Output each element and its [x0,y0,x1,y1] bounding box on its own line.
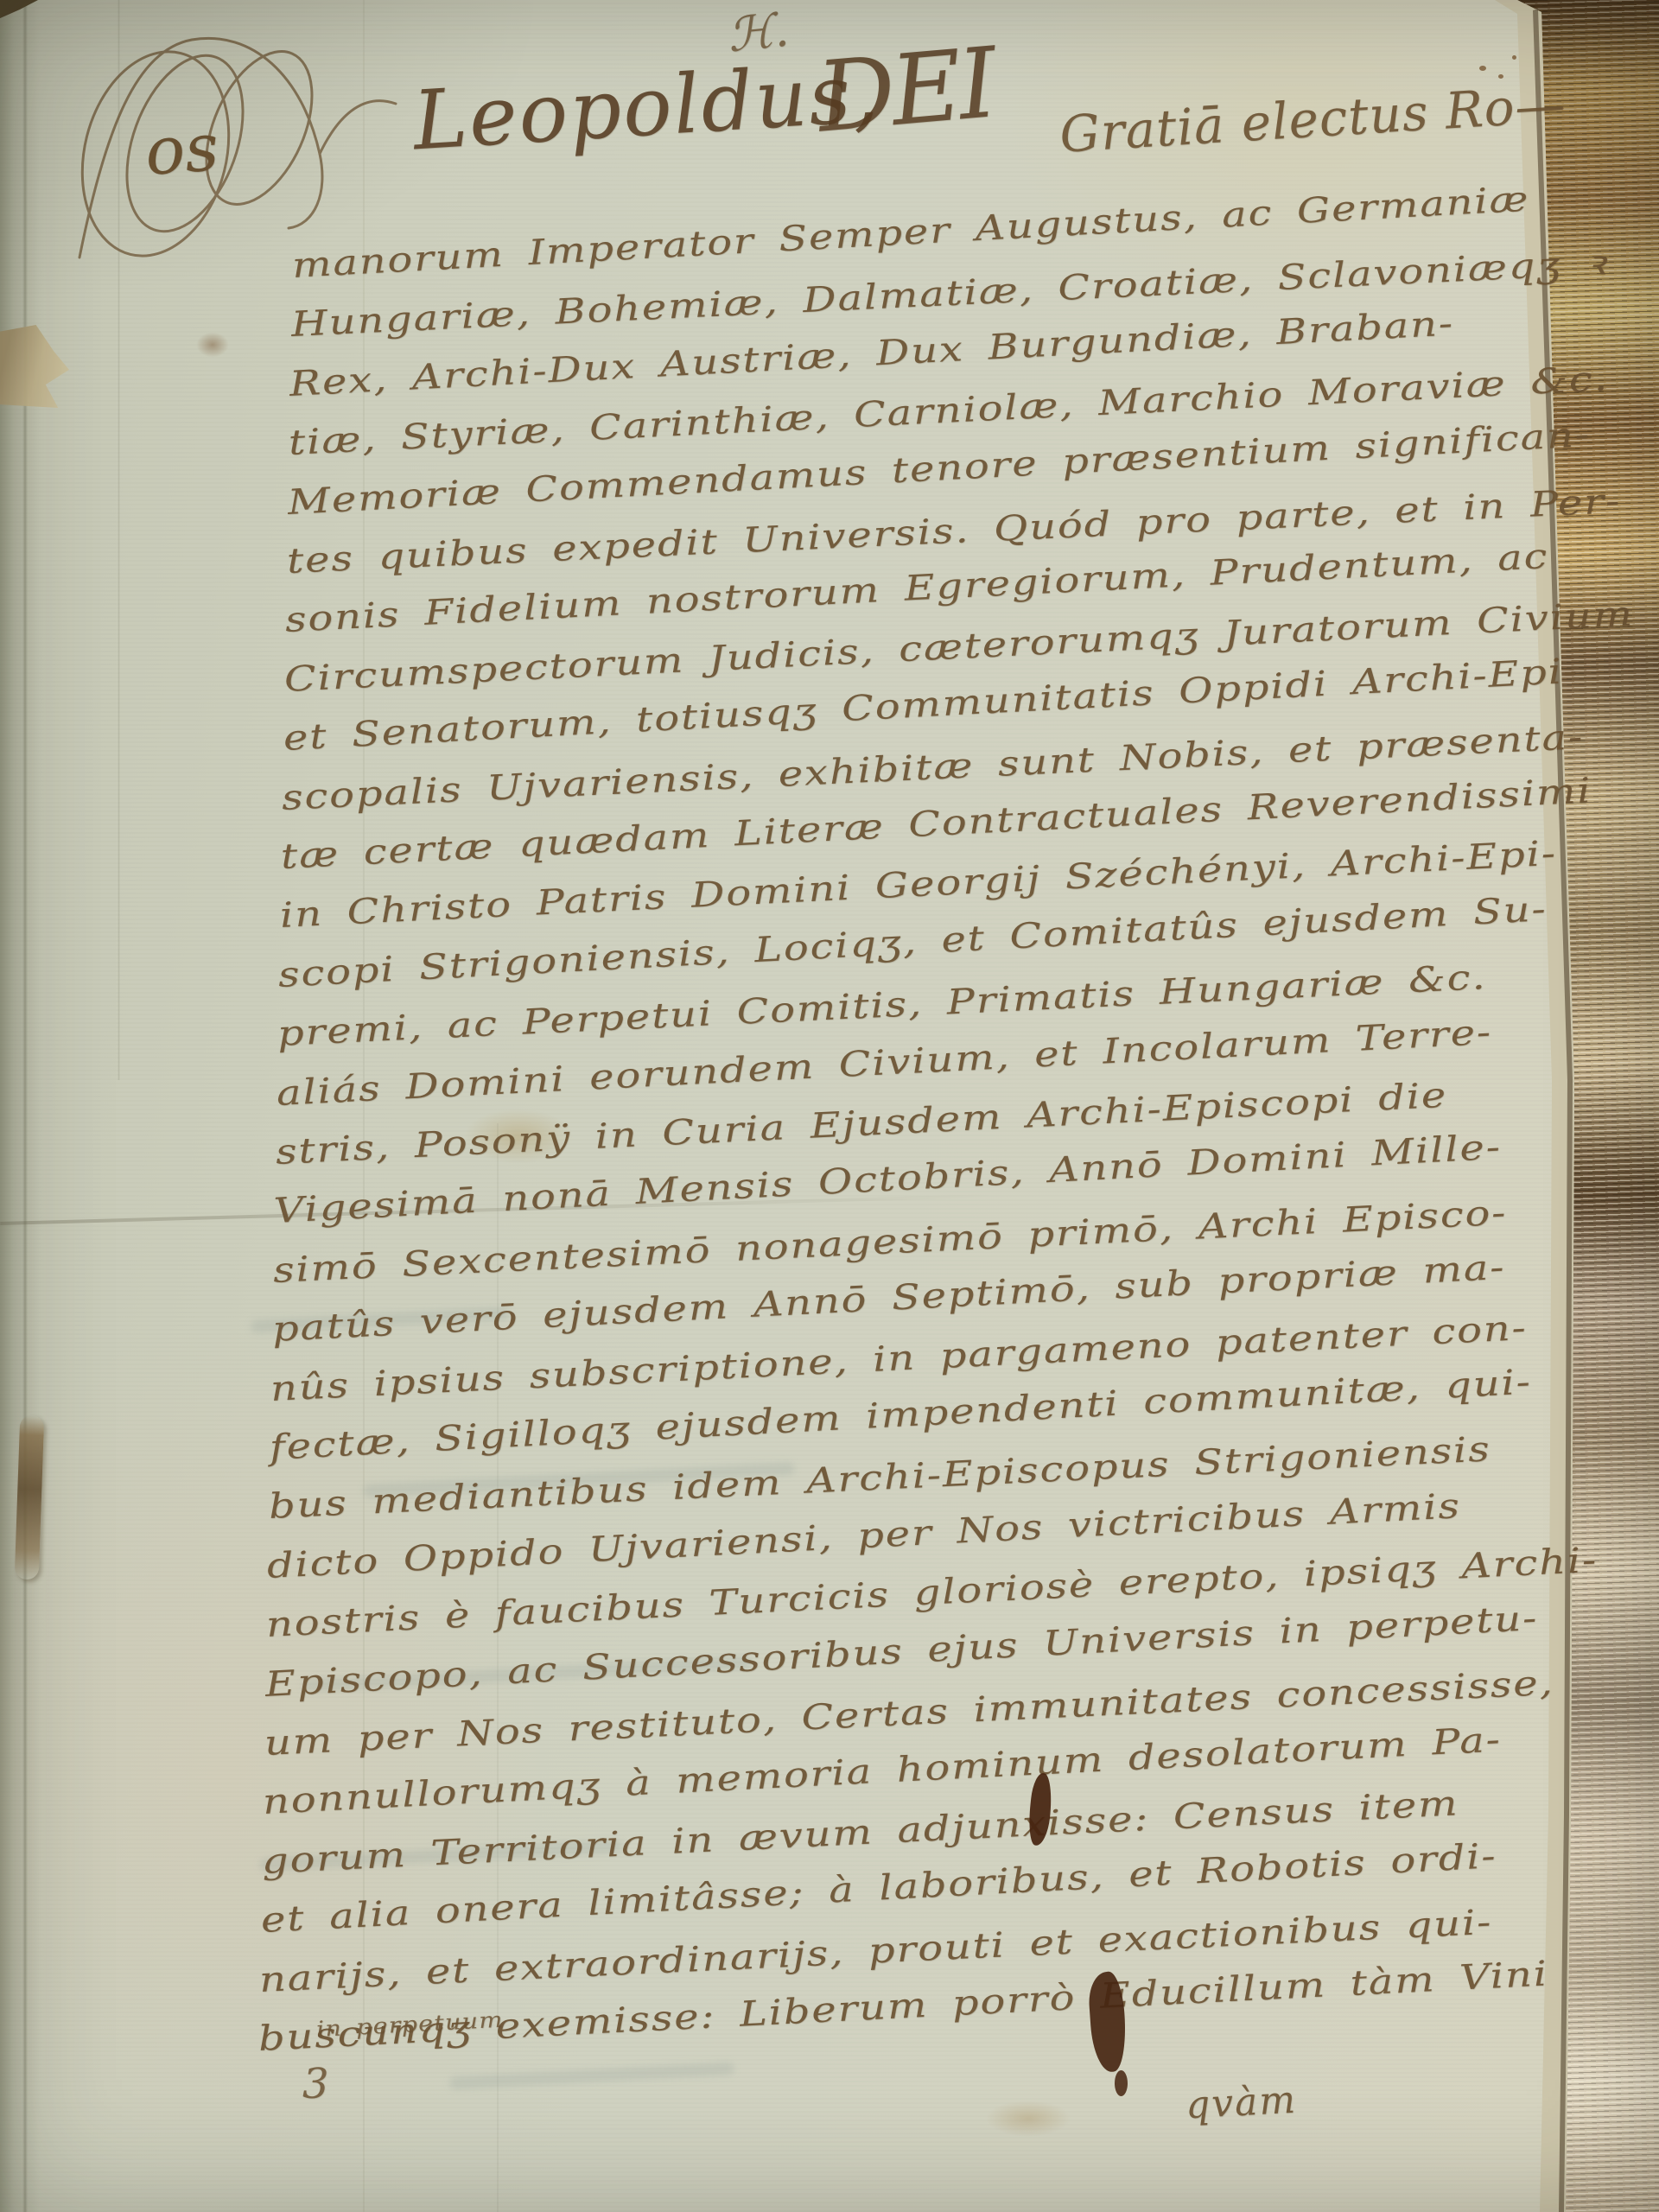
catchword: qvàm [1185,2078,1298,2128]
manuscript-text: ℋ. os Leopoldus, DEI Gratiā electus Ro— … [0,0,1659,2212]
heading-initial-rest: os [143,108,221,190]
heading-phrase: Gratiā electus Ro— [1058,74,1567,164]
sheet-number: 3 [302,2060,329,2108]
ink-blot [1115,2070,1128,2096]
ink-speck [1512,55,1516,60]
initial-N-flourish-icon [54,22,425,273]
manuscript-photo: ℋ. os Leopoldus, DEI Gratiā electus Ro— … [0,0,1659,2212]
heading-dei-monogram: DEI [813,27,998,154]
ink-speck [1498,74,1503,79]
heading-leopoldus: Leopoldus, [410,47,882,169]
ink-speck [1479,66,1486,71]
